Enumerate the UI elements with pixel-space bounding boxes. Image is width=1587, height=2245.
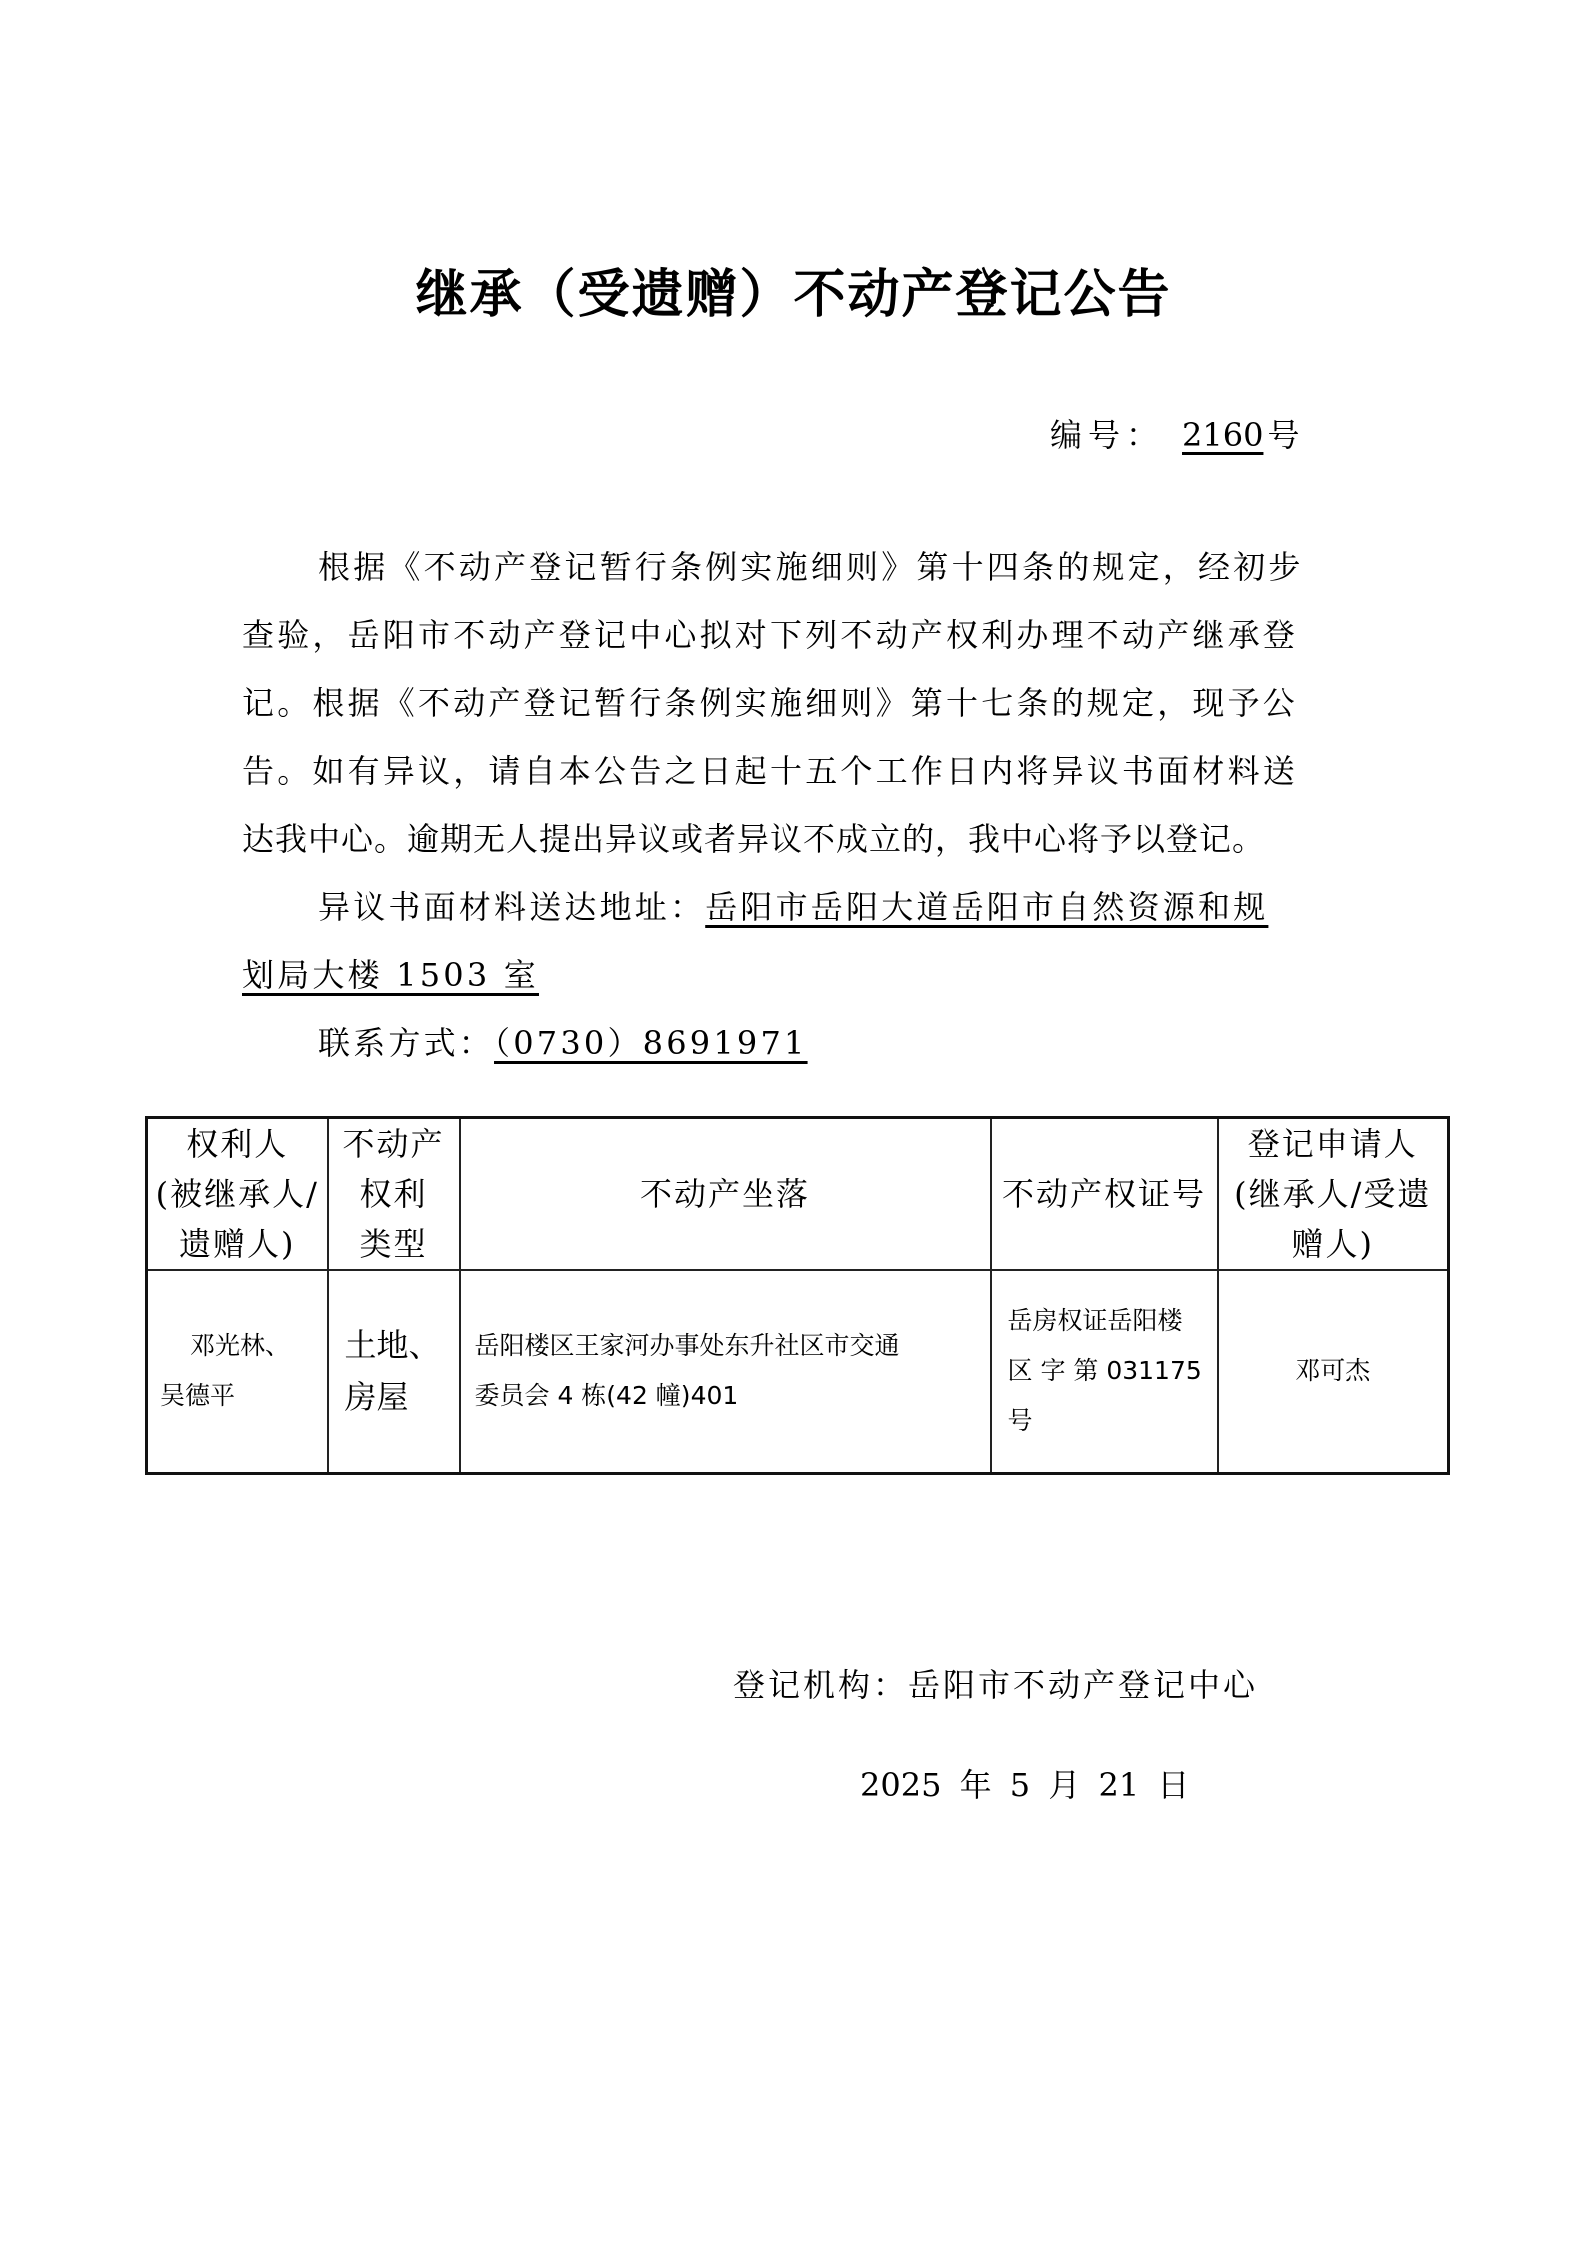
registration-table: 权利人 (被继承人/ 遗赠人) 不动产 权利 类型 不动产坐落 不动产权证号 登… <box>145 1116 1450 1475</box>
document-title: 继承（受遗赠）不动产登记公告 <box>0 255 1587 335</box>
address-value-line2: 划局大楼 1503 室 <box>242 956 539 994</box>
body-paragraph: 根据《不动产登记暂行条例实施细则》第十四条的规定，经初步 查验，岳阳市不动产登记… <box>242 533 1352 873</box>
serial-number: 编号：2160号 <box>1050 405 1305 465</box>
contact-value: （0730）8691971 <box>494 1024 828 1062</box>
cell-location: 岳阳楼区王家河办事处东升社区市交通 委员会 4 栋(42 幢)401 <box>460 1270 991 1473</box>
cell-applicant: 邓可杰 <box>1218 1270 1449 1473</box>
header-location: 不动产坐落 <box>460 1118 991 1271</box>
body-line: 记。根据《不动产登记暂行条例实施细则》第十七条的规定，现予公 <box>242 669 1352 737</box>
cell-right-type: 土地、 房屋 <box>328 1270 460 1473</box>
body-line: 达我中心。逾期无人提出异议或者异议不成立的，我中心将予以登记。 <box>242 805 1352 873</box>
notice-date: 2025 年 5 月 21 日 <box>860 1755 1189 1815</box>
header-certificate-no: 不动产权证号 <box>991 1118 1218 1271</box>
serial-label: 编号： <box>1050 416 1164 454</box>
body-line: 查验，岳阳市不动产登记中心拟对下列不动产权利办理不动产继承登 <box>242 601 1352 669</box>
address-label: 异议书面材料送达地址： <box>318 888 705 926</box>
cell-right-holder: 邓光林、 吴德平 <box>147 1270 328 1473</box>
table-row: 邓光林、 吴德平 土地、 房屋 岳阳楼区王家河办事处东升社区市交通 委员会 4 … <box>147 1270 1449 1473</box>
contact-label: 联系方式： <box>318 1024 494 1062</box>
serial-value: 2160 <box>1182 416 1263 454</box>
authority-label: 登记机构： <box>733 1666 908 1704</box>
header-applicant: 登记申请人 (继承人/受遗 赠人) <box>1218 1118 1449 1271</box>
address-value-line1: 岳阳市岳阳大道岳阳市自然资源和规 <box>705 888 1268 926</box>
cell-certificate-no: 岳房权证岳阳楼 区 字 第 031175 号 <box>991 1270 1218 1473</box>
registration-authority: 登记机构：岳阳市不动产登记中心 <box>733 1655 1258 1715</box>
table-header-row: 权利人 (被继承人/ 遗赠人) 不动产 权利 类型 不动产坐落 不动产权证号 登… <box>147 1118 1449 1271</box>
header-right-type: 不动产 权利 类型 <box>328 1118 460 1271</box>
objection-address: 异议书面材料送达地址：岳阳市岳阳大道岳阳市自然资源和规 划局大楼 1503 室 … <box>242 873 1352 1077</box>
body-line: 根据《不动产登记暂行条例实施细则》第十四条的规定，经初步 <box>242 533 1352 601</box>
serial-suffix: 号 <box>1267 416 1305 454</box>
authority-value: 岳阳市不动产登记中心 <box>908 1666 1258 1704</box>
header-right-holder: 权利人 (被继承人/ 遗赠人) <box>147 1118 328 1271</box>
body-line: 告。如有异议，请自本公告之日起十五个工作日内将异议书面材料送 <box>242 737 1352 805</box>
